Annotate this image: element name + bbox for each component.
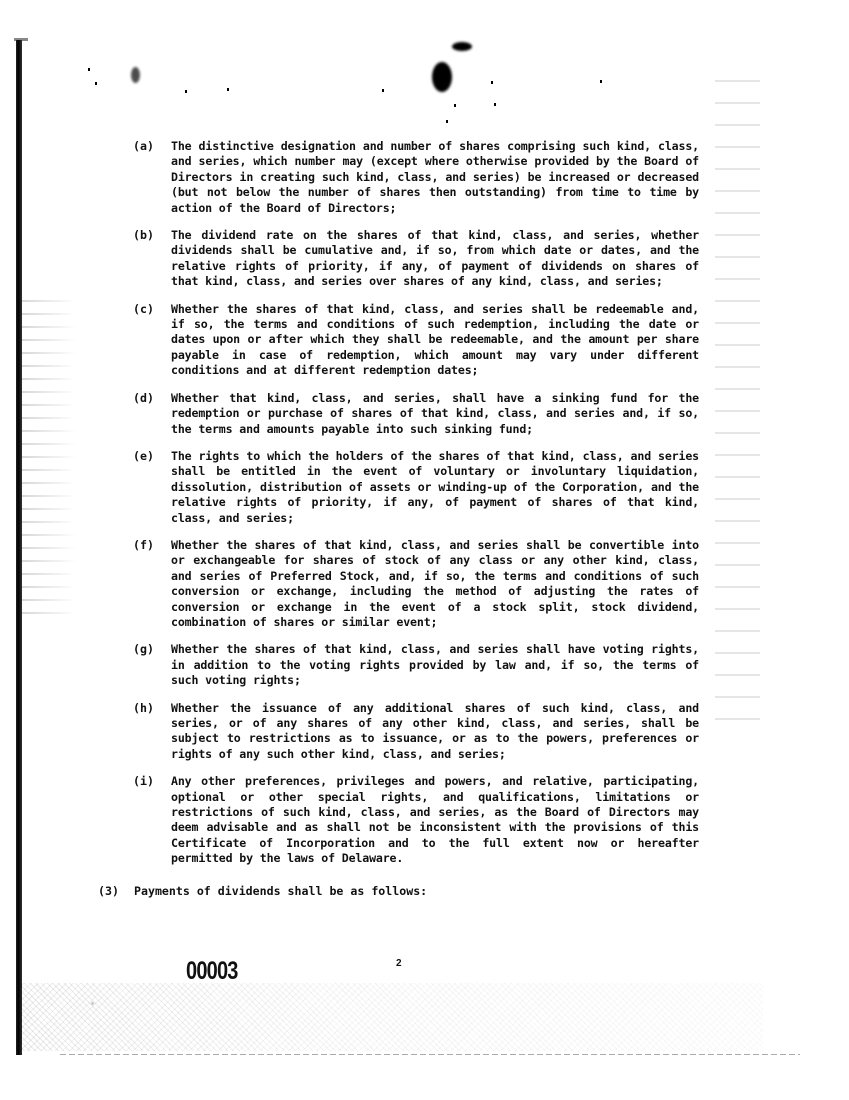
clause-h: (h) Whether the issuance of any addition…	[133, 701, 699, 763]
clause-label: (d)	[133, 391, 154, 405]
clause-list: (a) The distinctive designation and numb…	[133, 139, 699, 879]
clause-label: (a)	[133, 139, 154, 153]
clause-label: (c)	[133, 302, 154, 316]
clause-text: Whether the issuance of any additional s…	[171, 701, 699, 763]
speck	[454, 104, 456, 107]
clause-text: The distinctive designation and number o…	[171, 139, 699, 216]
speck	[491, 81, 493, 84]
clause-text: Whether the shares of that kind, class, …	[171, 538, 699, 630]
clause-text: Whether the shares of that kind, class, …	[171, 302, 699, 379]
clause-d: (d) Whether that kind, class, and series…	[133, 391, 699, 437]
scanned-page: (a) The distinctive designation and numb…	[0, 0, 849, 1100]
scan-noise-bottom	[18, 983, 763, 1051]
clause-e: (e) The rights to which the holders of t…	[133, 449, 699, 526]
clause-label: (i)	[133, 774, 154, 788]
speck	[494, 103, 496, 106]
section-text: Payments of dividends shall be as follow…	[134, 884, 427, 898]
clause-text: Any other preferences, privileges and po…	[171, 774, 699, 866]
clause-f: (f) Whether the shares of that kind, cla…	[133, 538, 699, 630]
clause-label: (g)	[133, 642, 154, 656]
page-number: 2	[396, 958, 402, 969]
speck	[95, 82, 97, 85]
clause-b: (b) The dividend rate on the shares of t…	[133, 228, 699, 290]
clause-text: The rights to which the holders of the s…	[171, 449, 699, 526]
section-number: (3)	[98, 884, 134, 898]
clause-i: (i) Any other preferences, privileges an…	[133, 774, 699, 866]
scan-bottom-edge	[60, 1054, 800, 1055]
ink-blot	[131, 67, 140, 83]
ink-blot	[432, 62, 452, 92]
bates-number: 00003	[186, 957, 238, 986]
clause-label: (b)	[133, 228, 154, 242]
ink-blot	[452, 42, 472, 51]
clause-c: (c) Whether the shares of that kind, cla…	[133, 302, 699, 379]
scan-noise-right	[715, 80, 760, 730]
speck	[382, 89, 384, 92]
speck	[600, 80, 602, 83]
clause-g: (g) Whether the shares of that kind, cla…	[133, 642, 699, 688]
speck	[227, 88, 229, 91]
clause-label: (f)	[133, 538, 154, 552]
clause-a: (a) The distinctive designation and numb…	[133, 139, 699, 216]
speck	[88, 68, 90, 71]
section-3-heading: (3)Payments of dividends shall be as fol…	[98, 884, 427, 898]
clause-text: Whether the shares of that kind, class, …	[171, 642, 699, 688]
clause-text: The dividend rate on the shares of that …	[171, 228, 699, 290]
speck	[185, 90, 187, 93]
scan-noise-left	[22, 290, 77, 620]
clause-label: (e)	[133, 449, 154, 463]
speck	[446, 120, 448, 123]
clause-text: Whether that kind, class, and series, sh…	[171, 391, 699, 437]
clause-label: (h)	[133, 701, 154, 715]
